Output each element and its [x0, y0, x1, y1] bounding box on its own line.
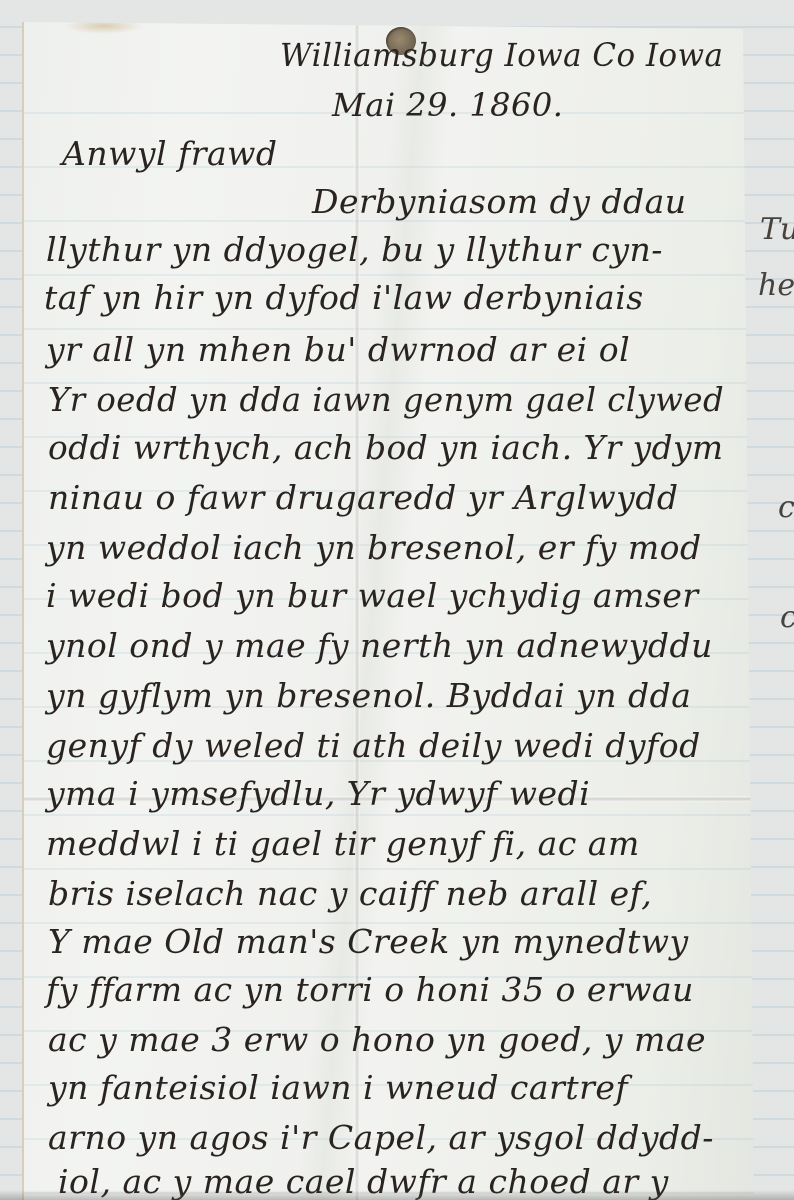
bottom-shadow [0, 1190, 794, 1200]
backing-text-fragment: he [758, 268, 794, 303]
letter-line: meddwl i ti gael tir genyf fi, ac am [46, 824, 640, 863]
backing-text-fragment: c [778, 490, 794, 525]
letter-line: Derbyniasom dy ddau [312, 182, 687, 221]
backing-text-fragment: c [780, 600, 794, 635]
letter-line: Y mae Old man's Creek yn mynedtwy [48, 922, 689, 961]
letter-line: yn gyflym yn bresenol. Byddai yn dda [46, 676, 691, 715]
letter-line: yma i ymsefydlu, Yr ydwyf wedi [46, 774, 590, 813]
backing-text-fragment: Tu [760, 212, 794, 247]
letter-line: i wedi bod yn bur wael ychydig amser [46, 576, 699, 615]
letter-line: fy ffarm ac yn torri o honi 35 o erwau [46, 970, 694, 1009]
letter-line: ac y mae 3 erw o hono yn goed, y mae [48, 1020, 706, 1059]
letter-line: arno yn agos i'r Capel, ar ysgol ddydd- [48, 1118, 714, 1157]
letter-line: llythur yn ddyogel, bu y llythur cyn- [46, 230, 663, 269]
letter-photograph: Tu he c c Williamsburg Iowa Co Iowa Mai … [0, 0, 794, 1200]
letter-line: oddi wrthych, ach bod yn iach. Yr ydym [48, 428, 724, 467]
letter-line: genyf dy weled ti ath deily wedi dyfod [46, 726, 701, 765]
letter-page: Williamsburg Iowa Co Iowa Mai 29. 1860. … [22, 22, 754, 1200]
letter-line: ynol ond y mae fy nerth yn adnewyddu [46, 626, 713, 665]
letter-date: Mai 29. 1860. [332, 86, 563, 124]
letter-line: Yr oedd yn dda iawn genym gael clywed [48, 380, 724, 419]
letter-line: taf yn hir yn dyfod i'law derbyniais [44, 278, 644, 317]
letter-line: yr all yn mhen bu' dwrnod ar ei ol [46, 330, 630, 369]
letter-place: Williamsburg Iowa Co Iowa [280, 36, 723, 74]
letter-line: yn weddol iach yn bresenol, er fy mod [46, 528, 702, 567]
letter-line: ninau o fawr drugaredd yr Arglwydd [48, 478, 679, 517]
letter-salutation: Anwyl frawd [62, 134, 278, 173]
letter-line: bris iselach nac y caiff neb arall ef, [48, 874, 652, 913]
letter-line: yn fanteisiol iawn i wneud cartref [48, 1068, 628, 1107]
